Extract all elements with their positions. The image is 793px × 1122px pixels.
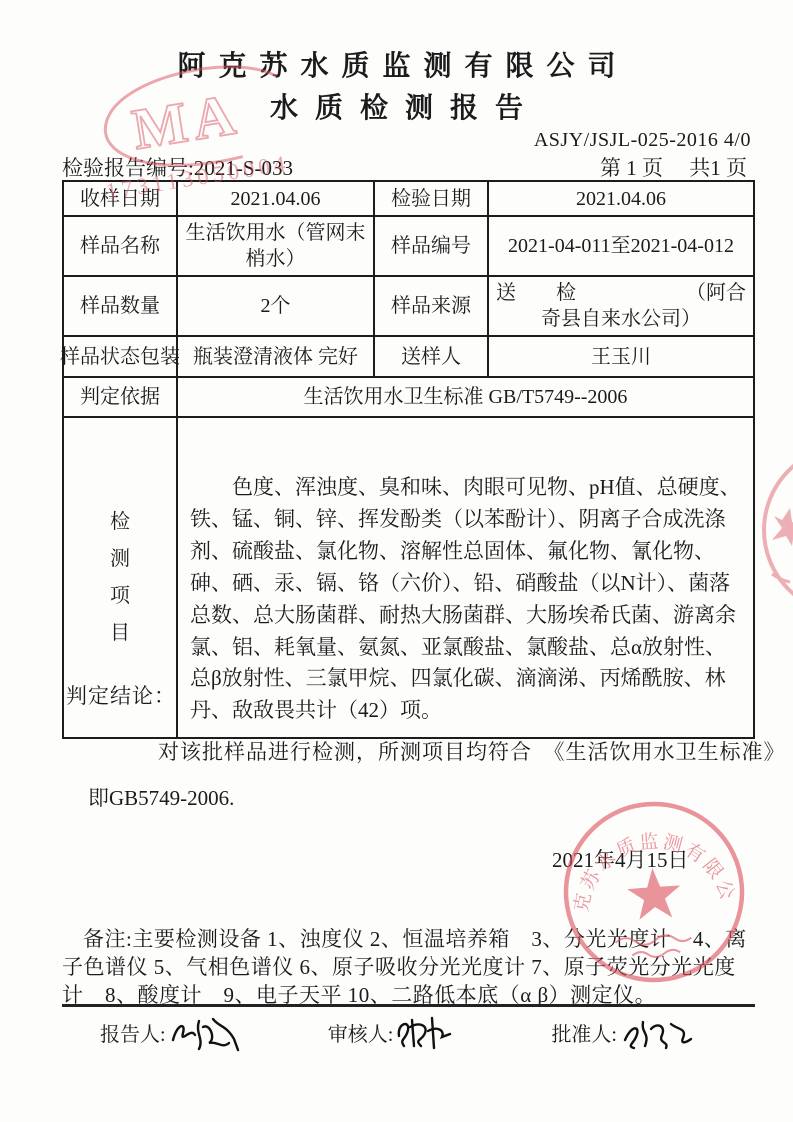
row2-value1: 生活饮用水（管网末梢水）: [178, 217, 375, 275]
row3-label1: 样品数量: [64, 277, 178, 335]
row1-label1: 收样日期: [64, 182, 178, 215]
items-label: 检测项目: [108, 504, 132, 652]
report-number-line: 检验报告编号:2021-S-033 第 1 页 共1 页: [62, 152, 755, 182]
approver-group: 批准人:: [551, 1018, 695, 1058]
reviewer-label: 审核人:: [328, 1018, 394, 1047]
basis-value: 生活饮用水卫生标准 GB/T5749--2006: [178, 378, 753, 416]
table-row: 收样日期 2021.04.06 检验日期 2021.04.06: [64, 182, 753, 217]
items-text: 色度、浑浊度、臭和味、肉眼可见物、pH值、总硬度、铁、锰、铜、锌、挥发酚类（以苯…: [190, 472, 743, 727]
company-name: 阿克苏水质监测有限公司: [0, 44, 793, 84]
table-row-basis: 判定依据 生活饮用水卫生标准 GB/T5749--2006: [64, 378, 753, 418]
row3-value2: 送 检 （阿合奇县自来水公司）: [489, 277, 753, 335]
conclusion-heading: 判定结论：: [66, 680, 176, 710]
row3-label2: 样品来源: [375, 277, 489, 335]
remarks-text: 备注:主要检测设备 1、浊度仪 2、恒温培养箱 3、分光光度计 4、离子色谱仪 …: [62, 926, 756, 1010]
seal-star: [626, 866, 683, 920]
row3-value1: 2个: [178, 277, 375, 335]
row2-label1: 样品名称: [64, 217, 178, 275]
report-page: 阿克苏水质监测有限公司 水质检测报告 ASJY/JSJL-025-2016 4/…: [0, 0, 793, 1122]
reporter-signature: [168, 1014, 242, 1058]
document-code: ASJY/JSJL-025-2016 4/0: [534, 129, 751, 152]
reviewer-group: 审核人:: [328, 1018, 466, 1058]
sample-info-table: 收样日期 2021.04.06 检验日期 2021.04.06 样品名称 生活饮…: [62, 180, 755, 739]
reporter-label: 报告人:: [100, 1018, 166, 1047]
row1-value1: 2021.04.06: [178, 182, 375, 215]
divider-line: [62, 1004, 755, 1007]
row1-value2: 2021.04.06: [489, 182, 753, 215]
row4-label2: 送样人: [375, 337, 489, 376]
table-row: 样品状态包装 瓶装澄清液体 完好 送样人 王玉川: [64, 337, 753, 378]
row2-label2: 样品编号: [375, 217, 489, 275]
report-number: 检验报告编号:2021-S-033: [62, 152, 293, 182]
approver-signature: [619, 1014, 695, 1058]
approver-label: 批准人:: [551, 1018, 617, 1047]
conclusion-line2: 即GB5749-2006.: [88, 782, 234, 812]
row4-value1: 瓶装澄清液体 完好: [178, 337, 375, 376]
conclusion-line1: 对该批样品进行检测，所测项目均符合 《生活饮用水卫生标准》: [158, 736, 786, 766]
row2-value2: 2021-04-011至2021-04-012: [489, 217, 753, 275]
table-row: 样品数量 2个 样品来源 送 检 （阿合奇县自来水公司）: [64, 277, 753, 337]
report-date: 2021年4月15日: [552, 844, 689, 874]
basis-label: 判定依据: [64, 378, 178, 416]
signature-row: 报告人: 审核人:: [62, 1018, 755, 1058]
items-text-cell: 色度、浑浊度、臭和味、肉眼可见物、pH值、总硬度、铁、锰、铜、锌、挥发酚类（以苯…: [178, 418, 753, 737]
reporter-group: 报告人:: [100, 1018, 242, 1058]
table-row: 样品名称 生活饮用水（管网末梢水） 样品编号 2021-04-011至2021-…: [64, 217, 753, 277]
page-info: 第 1 页 共1 页: [600, 152, 755, 182]
row1-label2: 检验日期: [375, 182, 489, 215]
row4-value2: 王玉川: [489, 337, 753, 376]
row4-label1: 样品状态包装: [64, 337, 178, 376]
reviewer-signature: [395, 1014, 465, 1058]
report-title: 水质检测报告: [0, 86, 793, 126]
edge-seal-star: [772, 508, 793, 546]
